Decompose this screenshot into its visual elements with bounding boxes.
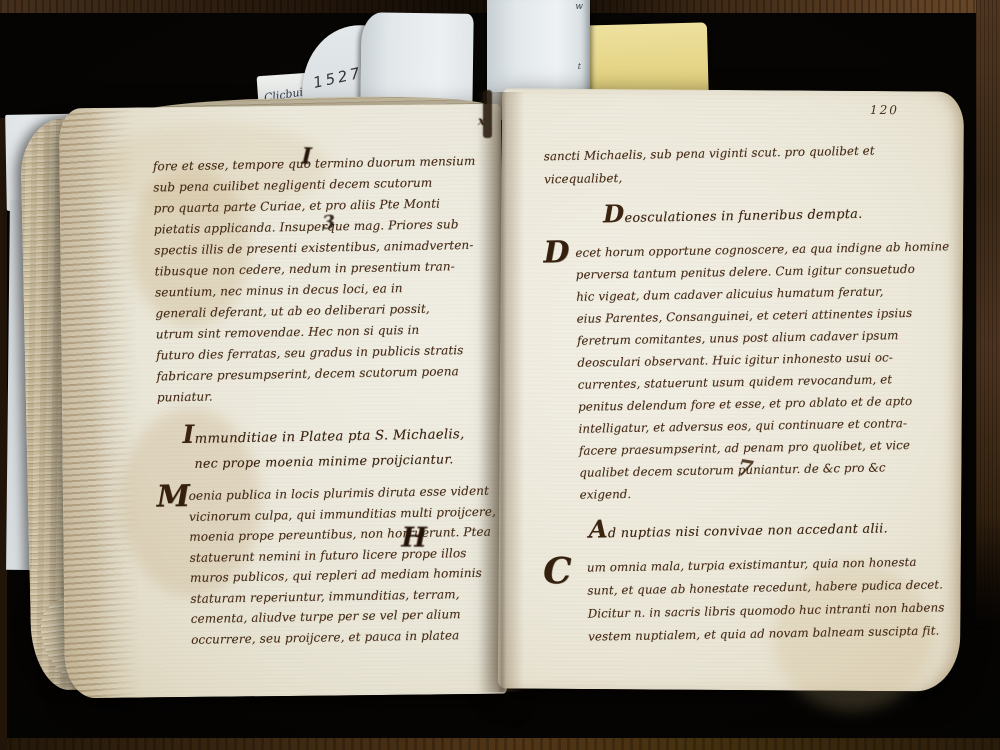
right-page-text: sancti Michaelis, sub pena viginti scut.…: [544, 139, 929, 649]
page-number: 120: [870, 103, 899, 117]
drop-initial: C: [543, 553, 572, 589]
ink-mark: x: [478, 114, 485, 128]
paragraph: M oenia publica in locis plurimis diruta…: [158, 481, 493, 651]
left-page: fore et esse, tempore quo termino duorum…: [59, 104, 507, 699]
paragraph: fore et esse, tempore quo termino duorum…: [153, 151, 489, 409]
section-heading-deosculationes: Deosculationes in funeribus dempta.: [545, 197, 921, 233]
drop-initial: D: [543, 238, 570, 268]
bookmark-year-label: 1527: [311, 63, 364, 91]
paragraph-lines: oenia publica in locis plurimis diruta e…: [188, 481, 493, 650]
ink-blot: I: [301, 144, 312, 170]
paragraph: sancti Michaelis, sub pena viginti scut.…: [544, 139, 921, 192]
manuscript-photo: Clicbui 1527 w t fore et esse, tempore q…: [0, 0, 1000, 750]
drop-initial: M: [156, 482, 190, 513]
wood-table-left-sliver: [0, 118, 7, 750]
right-page: 120 sancti Michaelis, sub pena viginti s…: [498, 88, 964, 691]
ink-blot: 3: [321, 211, 336, 234]
section-heading-immunditiae: Immunditiae in Platea pta S. Michaelis, …: [157, 417, 490, 477]
heading-line: nec prope moenia minime proijciantur.: [158, 447, 490, 477]
pen-mark-mid: t: [578, 62, 581, 71]
paragraph: C um omnia mala, turpia existimantur, qu…: [551, 551, 929, 650]
paragraph: D ecet horum opportune cognoscere, ea qu…: [545, 236, 926, 507]
manuscript-text-line: occurrere, seu proijcere, et pauca in pl…: [191, 624, 493, 650]
manuscript-text-line: exigend.: [580, 478, 926, 506]
paragraph-lines: um omnia mala, turpia existimantur, quia…: [587, 551, 929, 649]
manuscript-text-line: puniatur.: [157, 382, 489, 409]
wood-table-right-edge: [976, 0, 1000, 630]
section-heading-ad-nuptias: Ad nuptias nisi convivae non accedant al…: [550, 512, 926, 548]
wood-table-bottom-edge: [0, 738, 1000, 750]
ink-blot: H: [401, 523, 427, 554]
pen-mark-top: w: [575, 2, 583, 12]
